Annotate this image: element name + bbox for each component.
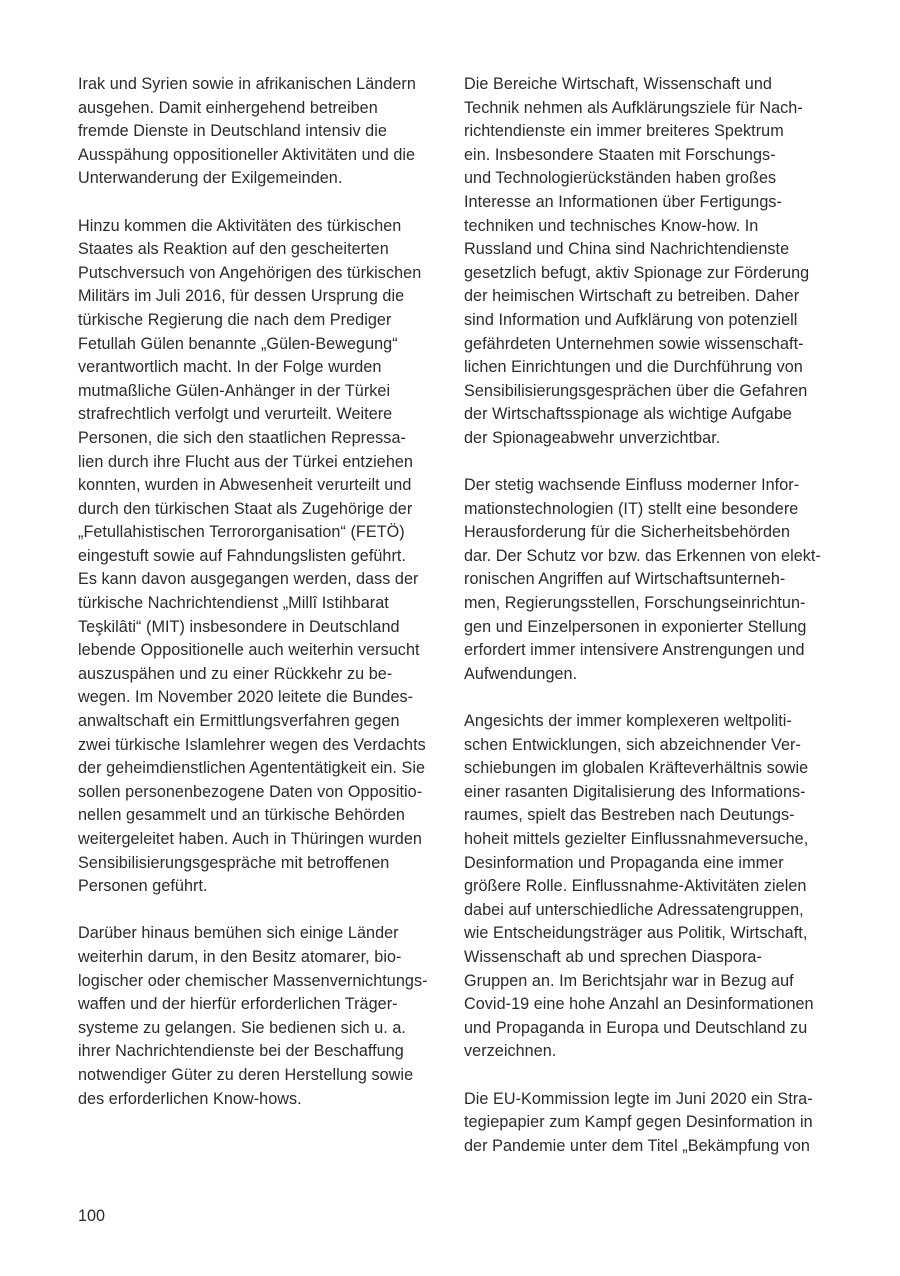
text-line: verzeichnen. [464,1040,836,1064]
text-line: einer rasanten Digitalisierung des Infor… [464,781,836,805]
right-column: Die Bereiche Wirtschaft, Wissenschaft un… [464,73,836,1182]
text-line: Aufwendungen. [464,663,836,687]
text-line: lebende Oppositionelle auch weiterhin ve… [78,639,450,663]
text-line: dar. Der Schutz vor bzw. das Erkennen vo… [464,545,836,569]
text-line: Darüber hinaus bemühen sich einige Lände… [78,922,450,946]
text-line: Sensibilisierungsgesprächen über die Gef… [464,380,836,404]
text-line: größere Rolle. Einflussnahme-Aktivitäten… [464,875,836,899]
text-line: der heimischen Wirtschaft zu betreiben. … [464,285,836,309]
text-line: anwaltschaft ein Ermittlungsverfahren ge… [78,710,450,734]
text-line: weiterhin darum, in den Besitz atomarer,… [78,946,450,970]
paragraph: Die EU-Kommission legte im Juni 2020 ein… [464,1088,836,1159]
text-line: sollen personenbezogene Daten von Opposi… [78,781,450,805]
text-line: zwei türkische Islamlehrer wegen des Ver… [78,734,450,758]
text-line: techniken und technisches Know-how. In [464,215,836,239]
text-line: Die EU-Kommission legte im Juni 2020 ein… [464,1088,836,1112]
text-line: Unterwanderung der Exilgemeinden. [78,167,450,191]
text-line: auszuspähen und zu einer Rückkehr zu be- [78,663,450,687]
text-line: türkische Nachrichtendienst „Millî Istih… [78,592,450,616]
text-line: Interesse an Informationen über Fertigun… [464,191,836,215]
text-line: schen Entwicklungen, sich abzeichnender … [464,734,836,758]
text-line: Fetullah Gülen benannte „Gülen-Bewegung“ [78,333,450,357]
text-line: tegiepapier zum Kampf gegen Desinformati… [464,1111,836,1135]
text-line: Der stetig wachsende Einfluss moderner I… [464,474,836,498]
text-line: Teşkilâti“ (MIT) insbesondere in Deutsch… [78,616,450,640]
text-line: Irak und Syrien sowie in afrikanischen L… [78,73,450,97]
paragraph: Die Bereiche Wirtschaft, Wissenschaft un… [464,73,836,451]
text-line: durch den türkischen Staat als Zugehörig… [78,498,450,522]
text-line: gesetzlich befugt, aktiv Spionage zur Fö… [464,262,836,286]
text-line: Militärs im Juli 2016, für dessen Urspru… [78,285,450,309]
text-line: ronischen Angriffen auf Wirtschaftsunter… [464,568,836,592]
text-line: Covid-19 eine hohe Anzahl an Desinformat… [464,993,836,1017]
text-line: raumes, spielt das Bestreben nach Deutun… [464,804,836,828]
text-line: Sensibilisierungsgespräche mit betroffen… [78,852,450,876]
text-line: der Wirtschaftsspionage als wichtige Auf… [464,403,836,427]
text-line: mutmaßliche Gülen-Anhänger in der Türkei [78,380,450,404]
paragraph: Irak und Syrien sowie in afrikanischen L… [78,73,450,191]
text-line: schiebungen im globalen Kräfteverhältnis… [464,757,836,781]
text-line: Es kann davon ausgegangen werden, dass d… [78,568,450,592]
text-line: wie Entscheidungsträger aus Politik, Wir… [464,922,836,946]
text-line: und Propaganda in Europa und Deutschland… [464,1017,836,1041]
text-line: dabei auf unterschiedliche Adressatengru… [464,899,836,923]
text-line: Staates als Reaktion auf den gescheitert… [78,238,450,262]
document-page: Irak und Syrien sowie in afrikanischen L… [0,0,900,1276]
text-line: Wissenschaft ab und sprechen Diaspora- [464,946,836,970]
text-line: der geheimdienstlichen Agententätigkeit … [78,757,450,781]
text-line: Personen, die sich den staatlichen Repre… [78,427,450,451]
text-line: mationstechnologien (IT) stellt eine bes… [464,498,836,522]
text-line: ein. Insbesondere Staaten mit Forschungs… [464,144,836,168]
text-line: türkische Regierung die nach dem Predige… [78,309,450,333]
text-line: der Spionageabwehr unverzichtbar. [464,427,836,451]
paragraph: Der stetig wachsende Einfluss moderner I… [464,474,836,686]
text-line: logischer oder chemischer Massenvernicht… [78,970,450,994]
text-line: des erforderlichen Know-hows. [78,1088,450,1112]
text-line: Ausspähung oppositioneller Aktivitäten u… [78,144,450,168]
text-line: ausgehen. Damit einhergehend betreiben [78,97,450,121]
text-line: Putschversuch von Angehörigen des türkis… [78,262,450,286]
text-line: hoheit mittels gezielter Einflussnahmeve… [464,828,836,852]
text-line: Hinzu kommen die Aktivitäten des türkisc… [78,215,450,239]
left-column: Irak und Syrien sowie in afrikanischen L… [78,73,450,1135]
text-line: men, Regierungsstellen, Forschungseinric… [464,592,836,616]
text-line: verantwortlich macht. In der Folge wurde… [78,356,450,380]
text-line: Gruppen an. Im Berichtsjahr war in Bezug… [464,970,836,994]
text-line: lien durch ihre Flucht aus der Türkei en… [78,451,450,475]
text-line: „Fetullahistischen Terrororganisation“ (… [78,521,450,545]
text-line: Die Bereiche Wirtschaft, Wissenschaft un… [464,73,836,97]
text-line: lichen Einrichtungen und die Durchführun… [464,356,836,380]
text-line: wegen. Im November 2020 leitete die Bund… [78,686,450,710]
paragraph: Hinzu kommen die Aktivitäten des türkisc… [78,215,450,899]
paragraph: Angesichts der immer komplexeren weltpol… [464,710,836,1064]
text-line: strafrechtlich verfolgt und verurteilt. … [78,403,450,427]
text-line: ihrer Nachrichtendienste bei der Beschaf… [78,1040,450,1064]
text-line: Herausforderung für die Sicherheitsbehör… [464,521,836,545]
text-line: fremde Dienste in Deutschland intensiv d… [78,120,450,144]
text-line: Angesichts der immer komplexeren weltpol… [464,710,836,734]
text-line: nellen gesammelt und an türkische Behörd… [78,804,450,828]
text-line: eingestuft sowie auf Fahndungslisten gef… [78,545,450,569]
paragraph: Darüber hinaus bemühen sich einige Lände… [78,922,450,1111]
text-line: gen und Einzelpersonen in exponierter St… [464,616,836,640]
text-line: und Technologierückständen haben großes [464,167,836,191]
text-line: Personen geführt. [78,875,450,899]
text-line: richtendienste ein immer breiteres Spekt… [464,120,836,144]
text-line: weitergeleitet haben. Auch in Thüringen … [78,828,450,852]
text-line: systeme zu gelangen. Sie bedienen sich u… [78,1017,450,1041]
text-line: konnten, wurden in Abwesenheit verurteil… [78,474,450,498]
text-line: gefährdeten Unternehmen sowie wissenscha… [464,333,836,357]
text-line: notwendiger Güter zu deren Herstellung s… [78,1064,450,1088]
text-line: Desinformation und Propaganda eine immer [464,852,836,876]
page-number: 100 [78,1205,105,1227]
text-line: sind Information und Aufklärung von pote… [464,309,836,333]
text-line: der Pandemie unter dem Titel „Bekämpfung… [464,1135,836,1159]
text-line: erfordert immer intensivere Anstrengunge… [464,639,836,663]
text-line: Russland und China sind Nachrichtendiens… [464,238,836,262]
text-line: Technik nehmen als Aufklärungsziele für … [464,97,836,121]
text-line: waffen und der hierfür erforderlichen Tr… [78,993,450,1017]
